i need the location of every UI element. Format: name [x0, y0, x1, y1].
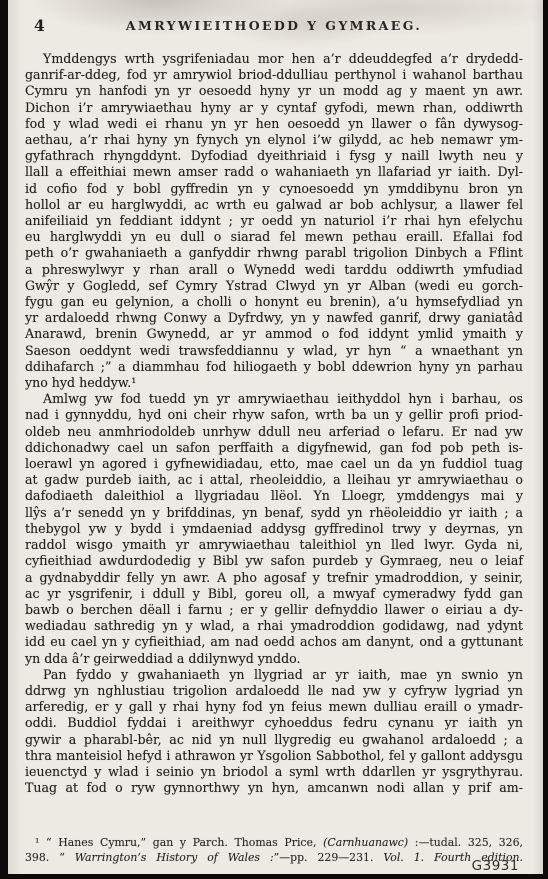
footnote-text: 398. “	[25, 851, 75, 864]
text-line: Amlwg yw fod tuedd yn yr amrywiaethau ie…	[25, 391, 523, 407]
text-line: idd eu cael yn y cyfieithiad, am nad oed…	[25, 634, 523, 650]
text-line: oldeb neu anmhriodoldeb unrhyw ddull neu…	[25, 424, 523, 440]
text-line: fod y wlad wedi ei rhanu yn yr hen oesoe…	[25, 116, 523, 132]
scanned-page: 4 AMRYWIEITHOEDD Y GYMRAEG. Ymddengys wr…	[0, 0, 548, 879]
paragraph: Ymddengys wrth ysgrifeniadau mor hen a’r…	[25, 51, 523, 391]
paragraph: Pan fyddo y gwahaniaeth yn llygriad ar y…	[25, 667, 523, 797]
text-line: Pan fyddo y gwahaniaeth yn llygriad ar y…	[25, 667, 523, 683]
text-line: wediadau sathredig yn y wlad, a rhai yma…	[25, 618, 523, 634]
page-title: AMRYWIEITHOEDD Y GYMRAEG.	[25, 14, 523, 33]
text-line: peth o’r gwahaniaeth a ganfyddir rhwng p…	[25, 245, 523, 261]
text-line: bawb o berchen dëall i farnu ; er y gell…	[25, 602, 523, 618]
footnote-italic-text: (Carnhuanawc)	[323, 836, 408, 849]
text-line: hollol ar eu harglwyddi, ac wrth eu galw…	[25, 197, 523, 213]
page-number: 4	[34, 16, 45, 35]
text-line: ieuenctyd y wlad i seinio yn briodol a s…	[25, 764, 523, 780]
text-line: anifeiliaid yn feddiant iddynt ; yr oedd…	[25, 213, 523, 229]
text-line: nad i gynnyddu, hyd oni cheir rhyw safon…	[25, 407, 523, 423]
text-line: raddol wisgo ymaith yr amrywiaethau tale…	[25, 537, 523, 553]
text-line: ac yr ysgrifenir, i ddull y Bibl, goreu …	[25, 586, 523, 602]
text-line: a gydnabyddir felly yn awr. A pho agosaf…	[25, 570, 523, 586]
text-line: aethau, a’r rhai hyny yn fynych yn elyno…	[25, 132, 523, 148]
footnote: ¹ “ Hanes Cymru,” gan y Parch. Thomas Pr…	[25, 835, 523, 866]
text-line: Dichon i’r amrywiaethau hyny ar y cyntaf…	[25, 100, 523, 116]
text-line: loerawl yn agored i gyfnewidiadau, etto,…	[25, 456, 523, 472]
text-line: cyfieithiad awdurdodedig y Bibl yw safon…	[25, 553, 523, 569]
text-line: arferedig, er y gall y rhai hyny fod yn …	[25, 699, 523, 715]
text-line: ganrif-ar-ddeg, fod yr amrywiol briod-dd…	[25, 67, 523, 83]
running-header: 4 AMRYWIEITHOEDD Y GYMRAEG.	[25, 14, 523, 36]
footnote-text: ”—pp. 229—231.	[274, 851, 384, 864]
text-line: yn dda â’r geirweddiad a ddilynwyd ynddo…	[25, 651, 523, 667]
paragraph: Amlwg yw fod tuedd yn yr amrywiaethau ie…	[25, 391, 523, 666]
text-line: id cofio fod y bobl gyffredin yn y cynoe…	[25, 181, 523, 197]
text-line: eu harglwyddi yn eu dull o siarad fel me…	[25, 229, 523, 245]
footnote-line: ¹ “ Hanes Cymru,” gan y Parch. Thomas Pr…	[25, 835, 523, 850]
text-line: Tuag at fod o ryw gynnorthwy yn hyn, amc…	[25, 780, 523, 796]
footnote-line: 398. “ Warrington’s History of Wales :”—…	[25, 850, 523, 865]
text-line: ddihafarch ;” a diammhau fod hiliogaeth …	[25, 359, 523, 375]
text-line: ddichonadwy cael un safon perffaith a di…	[25, 440, 523, 456]
text-line: fygu gan eu gelynion, a cholli o honynt …	[25, 294, 523, 310]
text-line: Ymddengys wrth ysgrifeniadau mor hen a’r…	[25, 51, 523, 67]
footnote-italic-text: Warrington’s History of Wales :	[75, 851, 274, 864]
text-line: Anarawd, brenin Gwynedd, ar yr ammod o f…	[25, 326, 523, 342]
text-line: gyfathrach rhyngddynt. Dyfodiad dyeithri…	[25, 148, 523, 164]
text-line: thebygol yw y bydd i ymdaeniad addysg gy…	[25, 521, 523, 537]
text-line: llall a effeithiai mewn amser radd o wah…	[25, 164, 523, 180]
text-line: Saeson oeddynt wedi trawsfeddiannu y wla…	[25, 343, 523, 359]
text-line: oddi. Buddiol fyddai i areithwyr cyhoedd…	[25, 715, 523, 731]
text-line: llŷs a’r senedd yn y brifddinas, yn bena…	[25, 505, 523, 521]
footnote-text: :—tudal. 325, 326,	[408, 836, 523, 849]
text-line: Cymru yn hanfodi yn yr oesoedd hyny yr u…	[25, 83, 523, 99]
text-line: yno hyd heddyw.¹	[25, 375, 523, 391]
text-line: at gadw purdeb iaith, ac i attal, rheole…	[25, 472, 523, 488]
text-line: yr ardaloedd rhwng Conwy a Dyfrdwy, yn y…	[25, 310, 523, 326]
catalog-stamp: G3931	[472, 858, 519, 874]
text-line: Gwŷr y Gogledd, sef Cymry Ystrad Clwyd y…	[25, 278, 523, 294]
text-line: dafodiaeth daleithiol a llygriadau llëol…	[25, 488, 523, 504]
body-text: Ymddengys wrth ysgrifeniadau mor hen a’r…	[25, 51, 523, 796]
footnote-text: ¹ “ Hanes Cymru,” gan y Parch. Thomas Pr…	[35, 836, 323, 849]
paper: 4 AMRYWIEITHOEDD Y GYMRAEG. Ymddengys wr…	[8, 0, 543, 874]
text-line: a phreswylwyr y rhan arall o Wynedd wedi…	[25, 262, 523, 278]
text-line: thra manteisiol hefyd i athrawon yr Ysgo…	[25, 748, 523, 764]
text-line: gywir a pharabl-bêr, ac nid yn null llyg…	[25, 732, 523, 748]
text-line: ddrwg yn nghlustiau trigolion ardaloedd …	[25, 683, 523, 699]
